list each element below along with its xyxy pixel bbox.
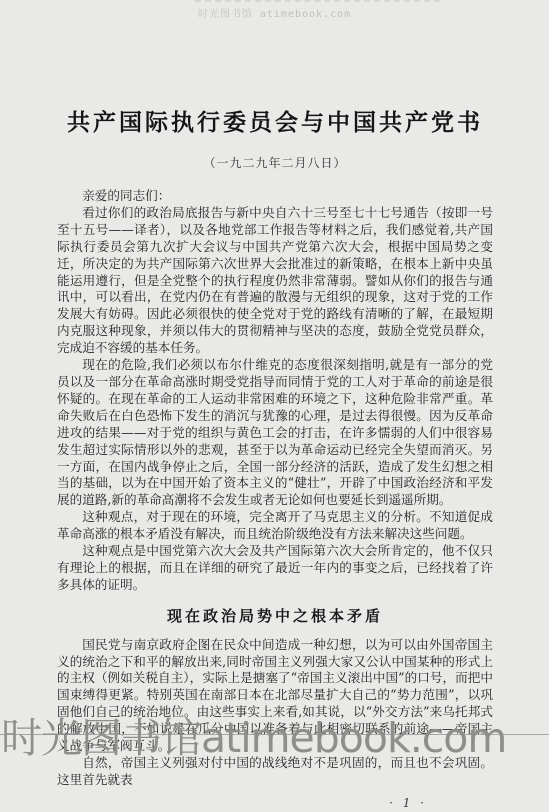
document-body: 亲爱的同志们： 看过你们的政治局底报告与新中央自六十三号至七十七号通告（按即一号… — [57, 188, 493, 768]
document-date-line: （一九二九年二月八日） — [57, 154, 493, 171]
scanned-book-page: 时光图书馆 atimebook.com 共产国际执行委员会与中国共产党书 （一九… — [0, 0, 549, 768]
body-paragraph: 现在的危险,我们必须以布尔什维克的态度很深刻指明,就是有一部分的党员以及一部分在… — [57, 357, 493, 509]
page-content: 共产国际执行委员会与中国共产党书 （一九二九年二月八日） 亲爱的同志们： 看过你… — [57, 0, 493, 768]
body-paragraph: 这种观点是中国党第六次大会及共产国际第六次大会所肯定的，他不仅只有理论上的根据，… — [57, 543, 493, 594]
body-paragraph: 这种观点，对于现在的环境，完全离开了马克思主义的分析。不知道促成革命高涨的根本矛… — [57, 509, 493, 543]
watermark-bottom: 时光图书馆atimebook.com — [1, 705, 549, 764]
document-title: 共产国际执行委员会与中国共产党书 — [57, 0, 493, 137]
body-paragraph: 看过你们的政治局底报告与新中央自六十三号至七十七号通告（按即一号至十五号——译者… — [57, 205, 493, 357]
salutation-line: 亲爱的同志们： — [57, 188, 493, 205]
section-heading: 现在政治局势中之根本矛盾 — [57, 594, 493, 637]
